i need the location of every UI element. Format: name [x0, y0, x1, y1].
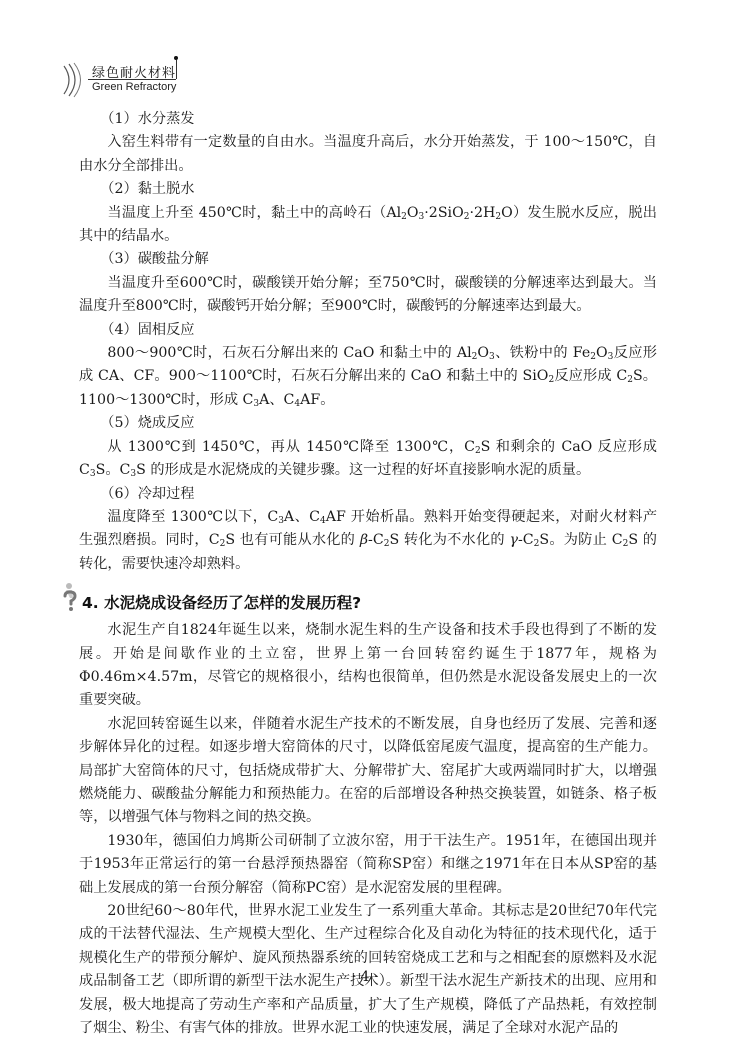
section-body: 温度降至 1300℃以下，C3A、C4AF 开始析晶。熟料开始变得硬起来，对耐火… [79, 506, 657, 576]
section-label: （4）固相反应 [79, 319, 657, 342]
section-label: （1）水分蒸发 [79, 108, 657, 131]
question-number: 4. [82, 594, 99, 612]
running-header: 绿色耐火材料 Green Refractory [60, 52, 190, 102]
section-body: 从 1300℃到 1450℃，再从 1450℃降至 1300℃，C2S 和剩余的… [79, 436, 657, 483]
section-label: （2）黏土脱水 [79, 178, 657, 201]
paragraph: 1930年，德国伯力鸠斯公司研制了立波尔窑，用于干法生产。1951年，在德国出现… [79, 830, 657, 900]
book-title-chinese: 绿色耐火材料 [92, 62, 176, 81]
thinking-person-question-icon [60, 582, 80, 614]
section-label: （5）烧成反应 [79, 412, 657, 435]
section-label: （3）碳酸盐分解 [79, 248, 657, 271]
book-title-english: Green Refractory [92, 81, 176, 93]
question-heading: 4. 水泥烧成设备经历了怎样的发展历程? [60, 590, 657, 616]
header-dot [174, 56, 178, 60]
page-number: · 4 · [0, 969, 730, 985]
section-body: 800～900℃时，石灰石分解出来的 CaO 和黏土中的 Al2O3、铁粉中的 … [79, 342, 657, 412]
section-label: （6）冷却过程 [79, 483, 657, 506]
paragraph: 水泥生产自1824年诞生以来，烧制水泥生料的生产设备和技术手段也得到了不断的发展… [79, 619, 657, 713]
section-body: 当温度升至600℃时，碳酸镁开始分解；至750℃时，碳酸镁的分解速率达到最大。当… [79, 272, 657, 319]
page-body: （1）水分蒸发 入窑生料带有一定数量的自由水。当温度升高后，水分开始蒸发，于 1… [79, 108, 657, 1037]
question-title: 水泥烧成设备经历了怎样的发展历程? [104, 594, 361, 612]
section-body: 入窑生料带有一定数量的自由水。当温度升高后，水分开始蒸发，于 100～150℃，… [79, 131, 657, 178]
section-body: 当温度上升至 450℃时，黏土中的高岭石（Al2O3·2SiO2·2H2O）发生… [79, 202, 657, 249]
signal-arcs-icon [60, 62, 82, 98]
header-vertical-rule [176, 60, 177, 79]
paragraph: 水泥回转窑诞生以来，伴随着水泥生产技术的不断发展，自身也经历了发展、完善和逐步解… [79, 713, 657, 830]
